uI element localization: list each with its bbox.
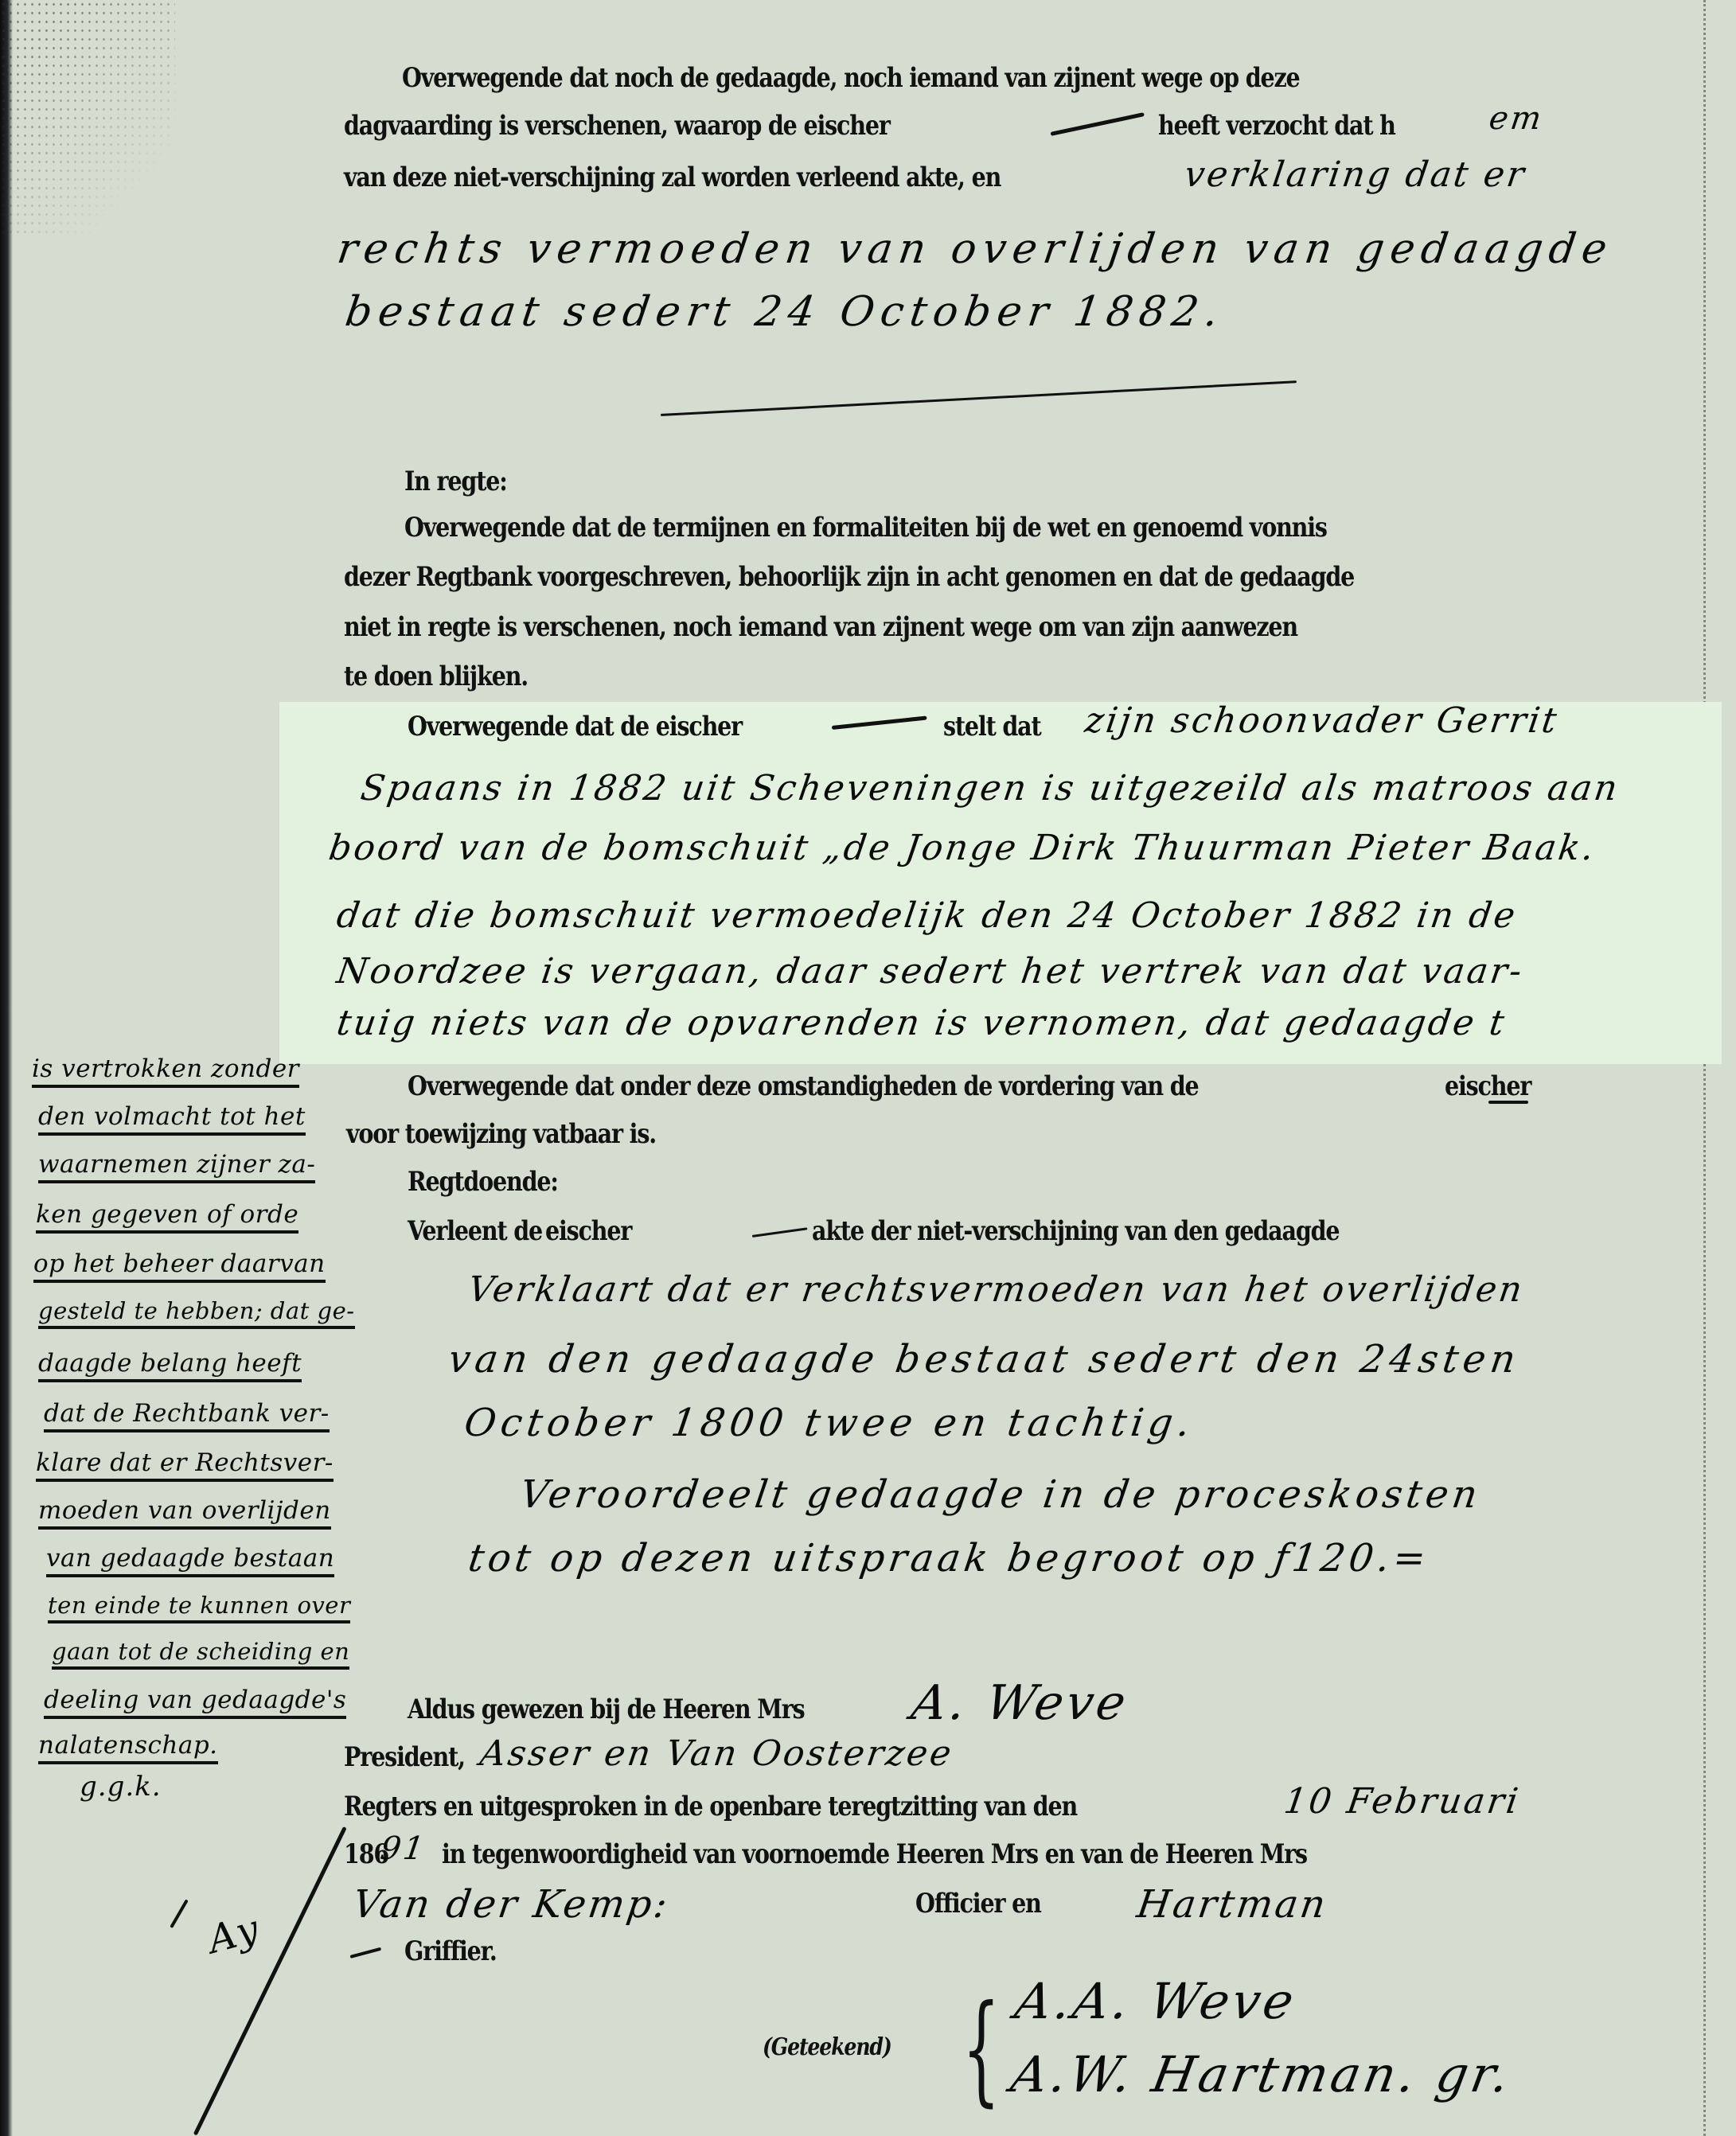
para1-line3: van deze niet-verschijning zal worden ve… bbox=[344, 162, 1001, 193]
decision-hand-line2: van den gedaagde bestaat sedert den 24st… bbox=[446, 1337, 1523, 1382]
decision-line-c: akte der niet-verschijning van den gedaa… bbox=[812, 1215, 1339, 1247]
blank-dash bbox=[1488, 1101, 1528, 1104]
scan-noise bbox=[0, 0, 175, 239]
fill-line bbox=[661, 380, 1297, 416]
margin-note-line: van gedaagde bestaan bbox=[46, 1544, 334, 1577]
closing-line1-hand: A. Weve bbox=[907, 1675, 1133, 1731]
para4-line1: Overwegende dat onder deze omstandighede… bbox=[408, 1070, 1199, 1102]
margin-note-line: is vertrokken zonder bbox=[32, 1054, 299, 1088]
para1-line2a: dagvaarding is verschenen, waarop de eis… bbox=[344, 110, 890, 142]
margin-note-line: ken gegeven of orde bbox=[36, 1200, 298, 1234]
para3-line4-hand: dat die bomschuit vermoedelijk den 24 Oc… bbox=[334, 895, 1520, 936]
para1-line2b: heeft verzocht dat h bbox=[1158, 110, 1395, 142]
paraph: Ay bbox=[204, 1906, 266, 1963]
closing-line4: in tegenwoordigheid van voornoemde Heere… bbox=[442, 1838, 1307, 1870]
para2-line3: niet in regte is verschenen, noch iemand… bbox=[344, 611, 1297, 643]
para3-line1a: Overwegende dat de eischer bbox=[408, 711, 742, 743]
decision-hand-line5: tot op dezen uitspraak begroot op ƒ120.= bbox=[466, 1536, 1433, 1581]
margin-initials: g.g.k. bbox=[80, 1771, 162, 1803]
margin-note-line: gaan tot de scheiding en bbox=[52, 1638, 349, 1670]
paraph-stroke bbox=[193, 1826, 347, 2136]
para3-line5-hand: Noordzee is vergaan, daar sedert het ver… bbox=[334, 951, 1527, 992]
para3-line2-hand: Spaans in 1882 uit Scheveningen is uitge… bbox=[358, 768, 1622, 809]
blank-dash bbox=[1050, 112, 1144, 136]
para2-line4: te doen blijken. bbox=[344, 661, 528, 692]
para3-line6-hand: tuig niets van de opvarenden is vernomen… bbox=[334, 1003, 1509, 1043]
decision-hand-line1: Verklaart dat er rechtsvermoeden van het… bbox=[466, 1269, 1527, 1310]
closing-line3: Regters en uitgesproken in de openbare t… bbox=[344, 1791, 1077, 1822]
margin-note-line: op het beheer daarvan bbox=[33, 1249, 326, 1283]
closing-line2-hand: Asser en Van Oosterzee bbox=[478, 1733, 956, 1774]
closing-line6: Griffier. bbox=[404, 1935, 497, 1967]
scan-edge-right bbox=[1703, 0, 1706, 2136]
signed-label: (Geteekend) bbox=[763, 2033, 891, 2061]
para3-line1b: stelt dat bbox=[943, 711, 1041, 743]
para2-heading: In regte: bbox=[404, 466, 507, 497]
decision-line-a: Verleent de bbox=[408, 1215, 542, 1247]
para1-line5-hand: bestaat sedert 24 October 1882. bbox=[342, 288, 1227, 336]
para4-line1-end: eischer bbox=[1445, 1070, 1531, 1102]
closing-line5: Officier en bbox=[915, 1888, 1041, 1920]
blank-dash bbox=[752, 1227, 808, 1238]
margin-note-line: waarnemen zijner za- bbox=[38, 1150, 315, 1183]
blank-dash bbox=[349, 1947, 381, 1959]
decision-hand-line3: October 1800 twee en tachtig. bbox=[462, 1401, 1197, 1445]
para3-line1-hand: zijn schoonvader Gerrit bbox=[1083, 700, 1562, 741]
para2-line1: Overwegende dat de termijnen en formalit… bbox=[404, 512, 1327, 544]
para1-line1: Overwegende dat noch de gedaagde, noch i… bbox=[402, 62, 1300, 94]
margin-note-line: dat de Rechtbank ver- bbox=[44, 1399, 330, 1432]
para4-line2: voor toewijzing vatbaar is. bbox=[346, 1118, 656, 1150]
signature-2: A.W. Hartman. gr. bbox=[1007, 2045, 1517, 2103]
margin-note-line: gesteld te hebben; dat ge- bbox=[38, 1297, 355, 1329]
decision-hand-line4: Veroordeelt gedaagde in de proceskosten bbox=[517, 1472, 1484, 1517]
document-page: Overwegende dat noch de gedaagde, noch i… bbox=[0, 0, 1736, 2136]
scan-edge-left bbox=[0, 0, 13, 2136]
closing-year-hand: 91 bbox=[378, 1830, 428, 1867]
closing-line2: President, bbox=[344, 1741, 465, 1773]
closing-line3-hand: 10 Februari bbox=[1282, 1781, 1523, 1822]
margin-note-line: den volmacht tot het bbox=[38, 1102, 306, 1136]
paraph-mark bbox=[170, 1899, 188, 1928]
margin-note-line: daagde belang heeft bbox=[38, 1349, 302, 1382]
margin-note-line: moeden van overlijden bbox=[38, 1496, 331, 1530]
margin-note-line: deeling van gedaagde's bbox=[44, 1686, 346, 1719]
para2-line2: dezer Regtbank voorgeschreven, behoorlij… bbox=[344, 561, 1354, 593]
para3-line3-hand: boord van de bomschuit „de Jonge Dirk Th… bbox=[326, 828, 1598, 868]
margin-note-line: klare dat er Rechtsver- bbox=[36, 1448, 334, 1482]
decision-line-b: eischer bbox=[545, 1215, 631, 1247]
para4-heading: Regtdoende: bbox=[408, 1166, 558, 1198]
brace: { bbox=[962, 1990, 1001, 2109]
margin-note-line: nalatenschap. bbox=[38, 1731, 218, 1764]
para1-line3-hand: verklaring dat er bbox=[1182, 154, 1529, 195]
closing-line1: Aldus gewezen bij de Heeren Mrs bbox=[408, 1694, 804, 1725]
signature-1: A.A. Weve bbox=[1011, 1972, 1301, 2030]
para1-line4-hand: rechts vermoeden van overlijden van geda… bbox=[334, 225, 1617, 273]
margin-note-line: ten einde te kunnen over bbox=[48, 1592, 350, 1623]
closing-line5-hand: Van der Kemp: bbox=[350, 1882, 673, 1927]
para1-line2-hand: em bbox=[1487, 100, 1546, 137]
closing-line5-hand-b: Hartman bbox=[1134, 1882, 1331, 1927]
